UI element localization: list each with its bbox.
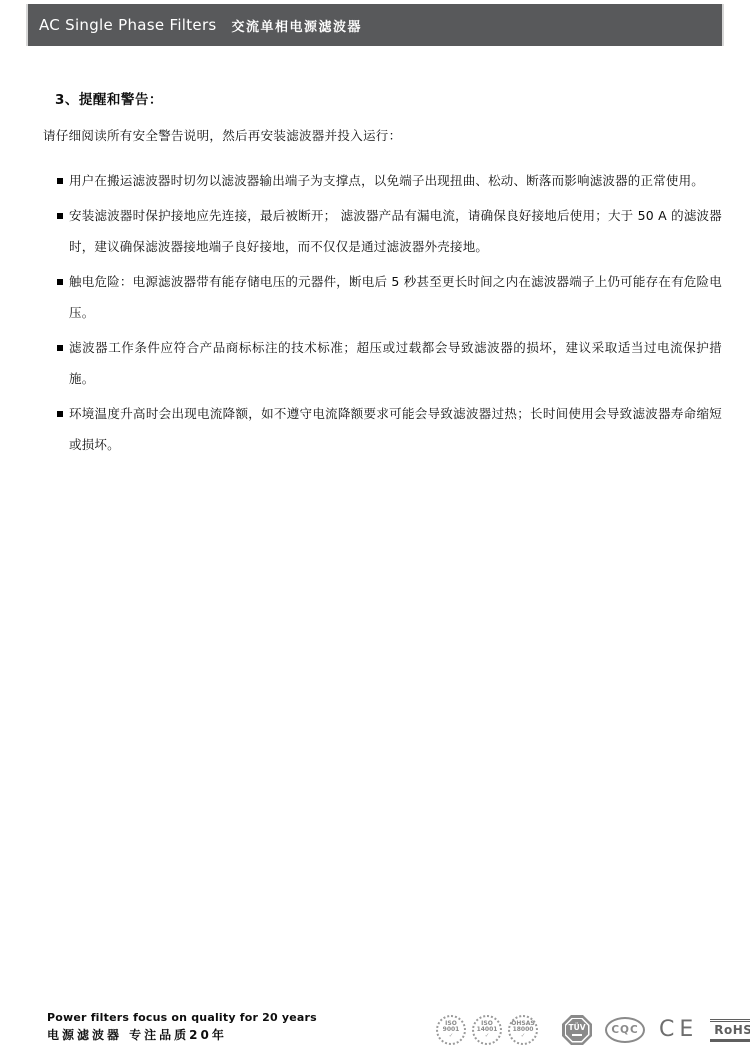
footer-slogan-english: Power filters focus on quality for 20 ye… xyxy=(47,1011,317,1024)
warning-text: 用户在搬运滤波器时切勿以滤波器输出端子为支撑点，以免端子出现扭曲、松动、断落而影… xyxy=(69,165,722,196)
footer-slogan-chinese: 电源滤波器 专注品质20年 xyxy=(47,1026,317,1043)
datasheet-page: { "header": { "title_en": "AC Single Pha… xyxy=(0,0,750,1061)
bullet-square-icon xyxy=(57,345,63,351)
ohsas-18000-seal-icon: OHSAS 18000 ✓ xyxy=(508,1015,538,1045)
cqc-label: CQC xyxy=(611,1024,638,1036)
page-title-english: AC Single Phase Filters xyxy=(39,16,217,34)
bullet-square-icon xyxy=(57,213,63,219)
warning-list: 用户在搬运滤波器时切勿以滤波器输出端子为支撑点，以免端子出现扭曲、松动、断落而影… xyxy=(57,165,722,460)
bullet-square-icon xyxy=(57,411,63,417)
tuv-sub-line xyxy=(572,1034,582,1036)
page-title-chinese: 交流单相电源滤波器 xyxy=(232,16,363,35)
tuv-label: TÜV xyxy=(568,1024,585,1032)
rohs-label: RoHS xyxy=(714,1023,750,1037)
iso-9001-seal-icon: ISO 9001 ✓ xyxy=(436,1015,466,1045)
page-header-bar: AC Single Phase Filters 交流单相电源滤波器 xyxy=(26,4,724,46)
warnings-section: 3、提醒和警告： 请仔细阅读所有安全警告说明，然后再安装滤波器并投入运行： 用户… xyxy=(0,88,750,464)
checkmark-icon: ✓ xyxy=(521,1034,526,1040)
warning-item: 触电危险：电源滤波器带有能存储电压的元器件，断电后 5 秒甚至更长时间之内在滤波… xyxy=(57,266,722,328)
tuv-octagon-icon: TÜV xyxy=(562,1015,592,1045)
warning-item: 环境温度升高时会出现电流降额，如不遵守电流降额要求可能会导致滤波器过热；长时间使… xyxy=(57,398,722,460)
checkmark-icon: ✓ xyxy=(449,1034,454,1040)
certification-logos: ISO 9001 ✓ ISO 14001 ✓ OHSAS 18000 ✓ TÜV… xyxy=(436,1011,750,1049)
ce-mark-icon: CE xyxy=(659,1017,698,1043)
section-intro: 请仔细阅读所有安全警告说明，然后再安装滤波器并投入运行： xyxy=(43,126,750,144)
warning-text: 触电危险：电源滤波器带有能存储电压的元器件，断电后 5 秒甚至更长时间之内在滤波… xyxy=(69,266,722,328)
warning-item: 用户在搬运滤波器时切勿以滤波器输出端子为支撑点，以免端子出现扭曲、松动、断落而影… xyxy=(57,165,722,196)
bullet-square-icon xyxy=(57,279,63,285)
bullet-square-icon xyxy=(57,178,63,184)
ce-label: CE xyxy=(659,1017,698,1042)
section-title: 3、提醒和警告： xyxy=(55,88,750,108)
warning-text: 环境温度升高时会出现电流降额，如不遵守电流降额要求可能会导致滤波器过热；长时间使… xyxy=(69,398,722,460)
warning-item: 滤波器工作条件应符合产品商标标注的技术标准；超压或过载都会导致滤波器的损坏，建议… xyxy=(57,332,722,394)
warning-item: 安装滤波器时保护接地应先连接，最后被断开； 滤波器产品有漏电流，请确保良好接地后… xyxy=(57,200,722,262)
warning-text: 滤波器工作条件应符合产品商标标注的技术标准；超压或过载都会导致滤波器的损坏，建议… xyxy=(69,332,722,394)
checkmark-icon: ✓ xyxy=(485,1034,490,1040)
iso-14001-seal-icon: ISO 14001 ✓ xyxy=(472,1015,502,1045)
cqc-oval-icon: CQC xyxy=(605,1017,645,1043)
rohs-mark-icon: RoHS xyxy=(710,1019,750,1042)
footer-slogan: Power filters focus on quality for 20 ye… xyxy=(47,1011,317,1043)
warning-text: 安装滤波器时保护接地应先连接，最后被断开； 滤波器产品有漏电流，请确保良好接地后… xyxy=(69,200,722,262)
